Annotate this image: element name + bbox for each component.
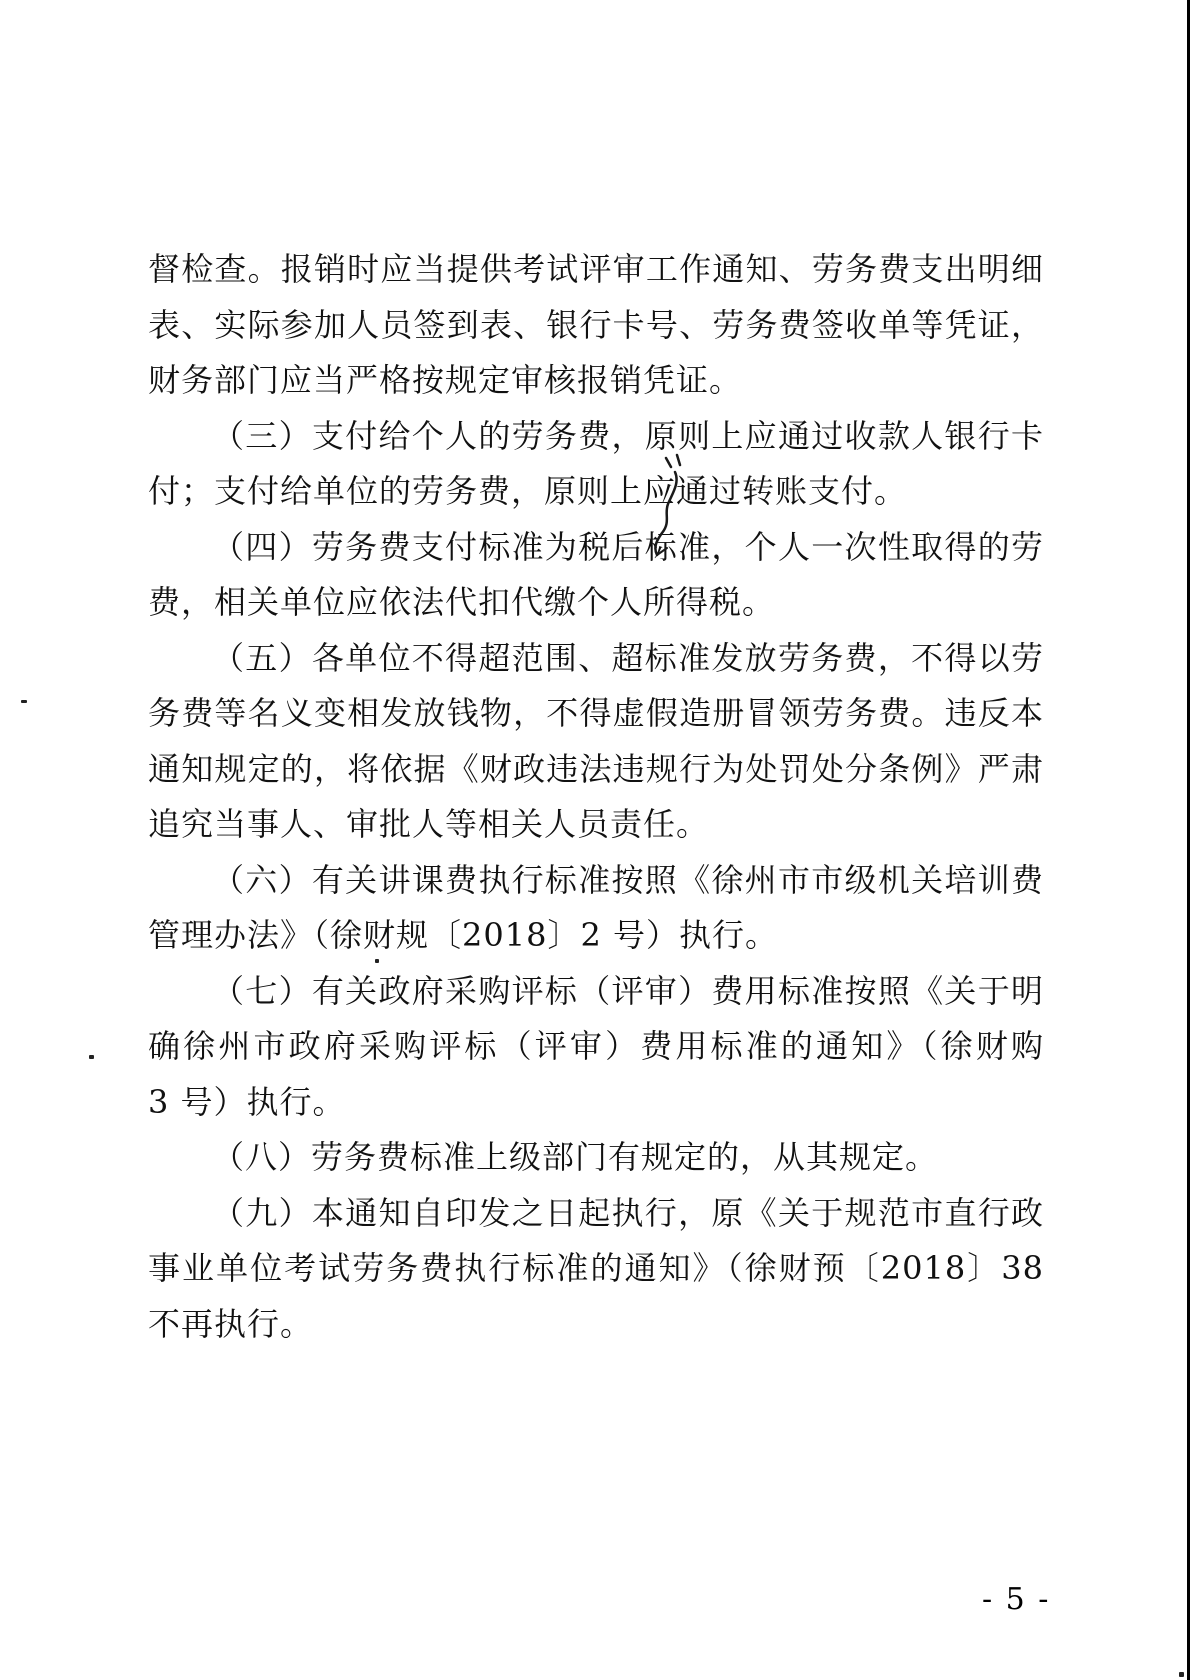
document-line: 财务部门应当严格按规定审核报销凭证。 <box>148 353 1044 409</box>
document-line: （四）劳务费支付标准为税后标准，个人一次性取得的劳务 <box>148 520 1044 576</box>
document-line: 不再执行。 <box>148 1297 1044 1353</box>
document-line: 3 号）执行。 <box>148 1075 1044 1131</box>
document-line: （五）各单位不得超范围、超标准发放劳务费，不得以劳 <box>148 631 1044 687</box>
document-line: 通知规定的，将依据《财政违法违规行为处罚处分条例》严肃 <box>148 742 1044 798</box>
document-line: 费，相关单位应依法代扣代缴个人所得税。 <box>148 575 1044 631</box>
scan-speck <box>21 700 27 703</box>
document-line: 管理办法》（徐财规〔2018〕2 号）执行。 <box>148 908 1044 964</box>
document-line: （七）有关政府采购评标（评审）费用标准按照《关于明 <box>148 964 1044 1020</box>
document-line: 付；支付给单位的劳务费，原则上应通过转账支付。 <box>148 464 1044 520</box>
document-body: 督检查。报销时应当提供考试评审工作通知、劳务费支出明细表、实际参加人员签到表、银… <box>148 242 1044 1352</box>
document-line: （三）支付给个人的劳务费，原则上应通过收款人银行卡支 <box>148 409 1044 465</box>
page-number: - 5 - <box>982 1583 1050 1617</box>
scanned-page: 督检查。报销时应当提供考试评审工作通知、劳务费支出明细表、实际参加人员签到表、银… <box>0 0 1190 1680</box>
document-line: 表、实际参加人员签到表、银行卡号、劳务费签收单等凭证， <box>148 298 1044 354</box>
document-line: （九）本通知自印发之日起执行，原《关于规范市直行政 <box>148 1186 1044 1242</box>
document-line: 务费等名义变相发放钱物，不得虚假造册冒领劳务费。违反本 <box>148 686 1044 742</box>
document-line: 事业单位考试劳务费执行标准的通知》（徐财预〔2018〕38 号） <box>148 1241 1044 1297</box>
document-line: 追究当事人、审批人等相关人员责任。 <box>148 797 1044 853</box>
scan-speck <box>375 959 379 963</box>
document-line: （六）有关讲课费执行标准按照《徐州市市级机关培训费 <box>148 853 1044 909</box>
document-line: 确徐州市政府采购评标（评审）费用标准的通知》（徐财购〔2021〕 <box>148 1019 1044 1075</box>
document-line: （八）劳务费标准上级部门有规定的，从其规定。 <box>148 1130 1044 1186</box>
scan-speck <box>89 1055 94 1059</box>
document-line: 督检查。报销时应当提供考试评审工作通知、劳务费支出明细 <box>148 242 1044 298</box>
scan-speck <box>1179 1672 1184 1677</box>
ink-smudge-artifact <box>642 452 704 564</box>
